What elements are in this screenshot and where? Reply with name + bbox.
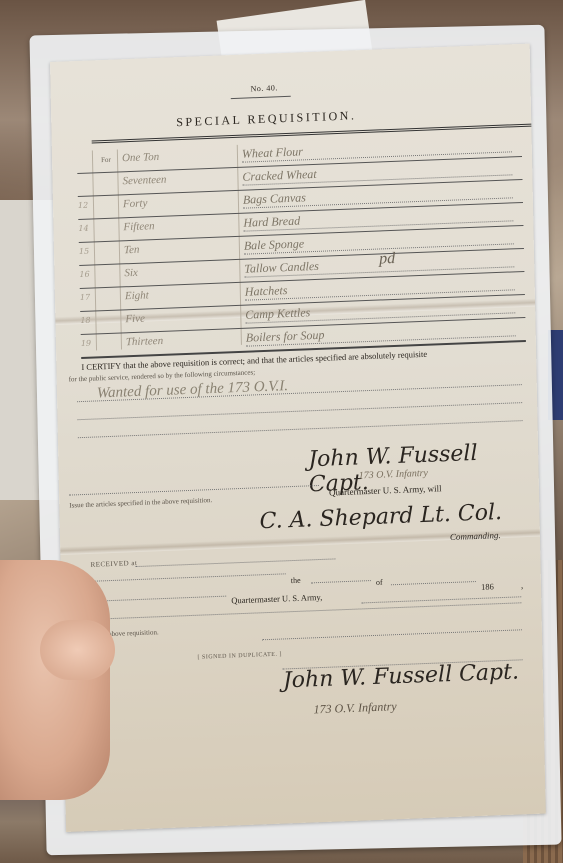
thumb <box>40 620 115 680</box>
row-number: 15 <box>79 246 99 256</box>
row-note: pd <box>379 250 395 269</box>
full-line <box>82 602 522 620</box>
row-quantity: Fifteen <box>123 217 233 233</box>
of-line <box>81 573 286 582</box>
commanding-label: Commanding. <box>450 530 501 542</box>
row-quantity: One Ton <box>122 148 232 164</box>
signature-captain-duplicate: John W. Fussell Capt. <box>283 659 519 693</box>
circumstances-line <box>77 402 522 420</box>
year-prefix: 186 <box>481 581 494 591</box>
requisition-document: No. 40. SPECIAL REQUISITION. For One Ton… <box>50 44 546 832</box>
row-quantity: Eight <box>125 286 235 302</box>
signature-captain-duplicate-unit: 173 O.V. Infantry <box>313 699 396 717</box>
row-quantity: Five <box>125 309 235 325</box>
row-quantity: Ten <box>124 240 234 256</box>
row-number: 14 <box>78 223 98 233</box>
document-title: SPECIAL REQUISITION. <box>176 108 356 130</box>
received-at-line <box>136 558 336 567</box>
signature-commanding-officer: C. A. Shepard Lt. Col. <box>259 500 502 534</box>
row-number: 19 <box>81 338 101 348</box>
row-number <box>77 154 97 155</box>
form-number: No. 40. <box>250 83 277 93</box>
row-number: 18 <box>80 315 100 325</box>
month-line <box>391 581 476 585</box>
row-number: 16 <box>79 269 99 279</box>
row-number: 12 <box>78 200 98 210</box>
row-quantity: Thirteen <box>126 332 236 348</box>
quartermaster-label-2: Quartermaster U. S. Army, <box>231 592 322 605</box>
of-label-2: of <box>376 578 383 587</box>
row-number <box>77 177 97 178</box>
signature-line <box>262 629 522 640</box>
issue-text: Issue the articles specified in the abov… <box>69 496 212 509</box>
the-label: the <box>291 576 301 585</box>
row-quantity: Seventeen <box>122 171 232 187</box>
received-at-label: RECEIVED at <box>90 559 137 569</box>
for-label: For <box>101 156 111 164</box>
circumstances-line <box>78 420 523 438</box>
signed-in-duplicate-label: [ SIGNED IN DUPLICATE. ] <box>197 652 282 661</box>
requisition-table: For One Ton Wheat Flour Seventeen Cracke… <box>77 134 526 359</box>
quartermaster-line <box>69 485 319 496</box>
row-quantity: Six <box>124 263 234 279</box>
row-quantity: Forty <box>123 194 233 210</box>
year-comma: , <box>521 580 523 590</box>
form-number-underline <box>231 96 291 99</box>
row-number: 17 <box>80 292 100 302</box>
day-line <box>311 580 371 583</box>
holding-hand <box>0 560 110 800</box>
